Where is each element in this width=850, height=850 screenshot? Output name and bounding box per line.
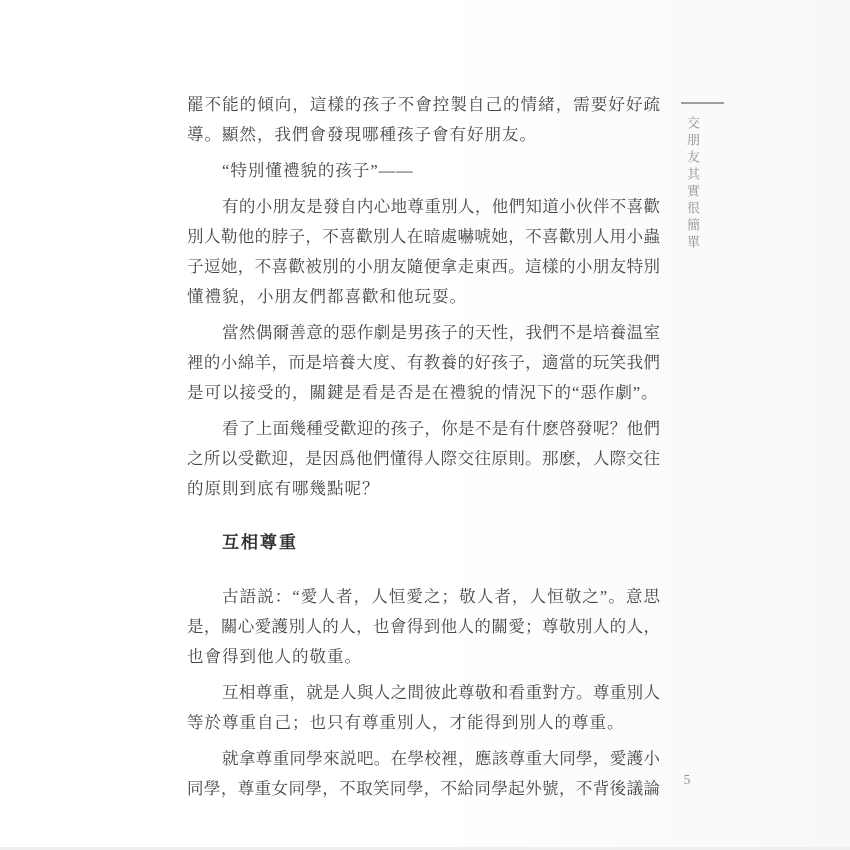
text-line: 就拿尊重同學來説吧。在學校裡，應該尊重大同學，愛護小 bbox=[187, 744, 660, 774]
paragraph: 當然偶爾善意的惡作劇是男孩子的天性，我們不是培養温室裡的小綿羊，而是培養大度、有… bbox=[187, 318, 660, 408]
text-line: 的原則到底有哪幾點呢？ bbox=[187, 474, 660, 504]
margin-running-title: 交朋友其實很簡單 bbox=[683, 116, 702, 252]
paragraph: 罷不能的傾向，這樣的孩子不會控製自己的情緒，需要好好疏導。顯然，我們會發現哪種孩… bbox=[187, 90, 660, 150]
text-line: 裡的小綿羊，而是培養大度、有教養的好孩子，適當的玩笑我們 bbox=[187, 348, 660, 378]
paragraph: 有的小朋友是發自内心地尊重別人，他們知道小伙伴不喜歡別人勒他的脖子，不喜歡別人在… bbox=[187, 192, 660, 312]
paragraph: 古語説：“愛人者，人恒愛之；敬人者，人恒敬之”。意思是，關心愛護別人的人，也會得… bbox=[187, 582, 660, 672]
page-number: 5 bbox=[678, 772, 696, 788]
text-line: 同學，尊重女同學，不取笑同學，不給同學起外號，不背後議論 bbox=[187, 774, 660, 804]
text-line: 古語説：“愛人者，人恒愛之；敬人者，人恒敬之”。意思 bbox=[187, 582, 660, 612]
text-line: 看了上面幾種受歡迎的孩子，你是不是有什麽啓發呢？他們 bbox=[187, 414, 660, 444]
text-line: “特別懂禮貌的孩子”—— bbox=[187, 156, 660, 186]
text-line: 之所以受歡迎，是因爲他們懂得人際交往原則。那麽，人際交往 bbox=[187, 444, 660, 474]
text-line: 別人勒他的脖子，不喜歡別人在暗處嚇唬她，不喜歡別人用小蟲 bbox=[187, 222, 660, 252]
text-line: 是，關心愛護別人的人，也會得到他人的關愛；尊敬別人的人， bbox=[187, 612, 660, 642]
text-line: 等於尊重自己；也只有尊重別人，才能得到別人的尊重。 bbox=[187, 708, 660, 738]
paragraph: “特別懂禮貌的孩子”—— bbox=[187, 156, 660, 186]
section-heading: 互相尊重 bbox=[187, 528, 660, 558]
text-column: 罷不能的傾向，這樣的孩子不會控製自己的情緒，需要好好疏導。顯然，我們會發現哪種孩… bbox=[187, 90, 660, 810]
text-line: 互相尊重，就是人與人之間彼此尊敬和看重對方。尊重別人 bbox=[187, 678, 660, 708]
text-line: 是可以接受的，關鍵是看是否是在禮貌的情況下的“惡作劇”。 bbox=[187, 378, 660, 408]
paragraph: 看了上面幾種受歡迎的孩子，你是不是有什麽啓發呢？他們之所以受歡迎，是因爲他們懂得… bbox=[187, 414, 660, 504]
text-line: 懂禮貌，小朋友們都喜歡和他玩耍。 bbox=[187, 282, 660, 312]
paragraph: 互相尊重，就是人與人之間彼此尊敬和看重對方。尊重別人等於尊重自己；也只有尊重別人… bbox=[187, 678, 660, 738]
text-line: 有的小朋友是發自内心地尊重別人，他們知道小伙伴不喜歡 bbox=[187, 192, 660, 222]
paragraph: 就拿尊重同學來説吧。在學校裡，應該尊重大同學，愛護小同學，尊重女同學，不取笑同學… bbox=[187, 744, 660, 804]
text-line: 當然偶爾善意的惡作劇是男孩子的天性，我們不是培養温室 bbox=[187, 318, 660, 348]
text-line: 罷不能的傾向，這樣的孩子不會控製自己的情緒，需要好好疏 bbox=[187, 90, 660, 120]
text-line: 導。顯然，我們會發現哪種孩子會有好朋友。 bbox=[187, 120, 660, 150]
margin-rule bbox=[681, 102, 724, 104]
text-line: 子逗她，不喜歡被別的小朋友隨便拿走東西。這樣的小朋友特別 bbox=[187, 252, 660, 282]
book-page: 罷不能的傾向，這樣的孩子不會控製自己的情緒，需要好好疏導。顯然，我們會發現哪種孩… bbox=[0, 0, 850, 850]
text-line: 也會得到他人的敬重。 bbox=[187, 642, 660, 672]
